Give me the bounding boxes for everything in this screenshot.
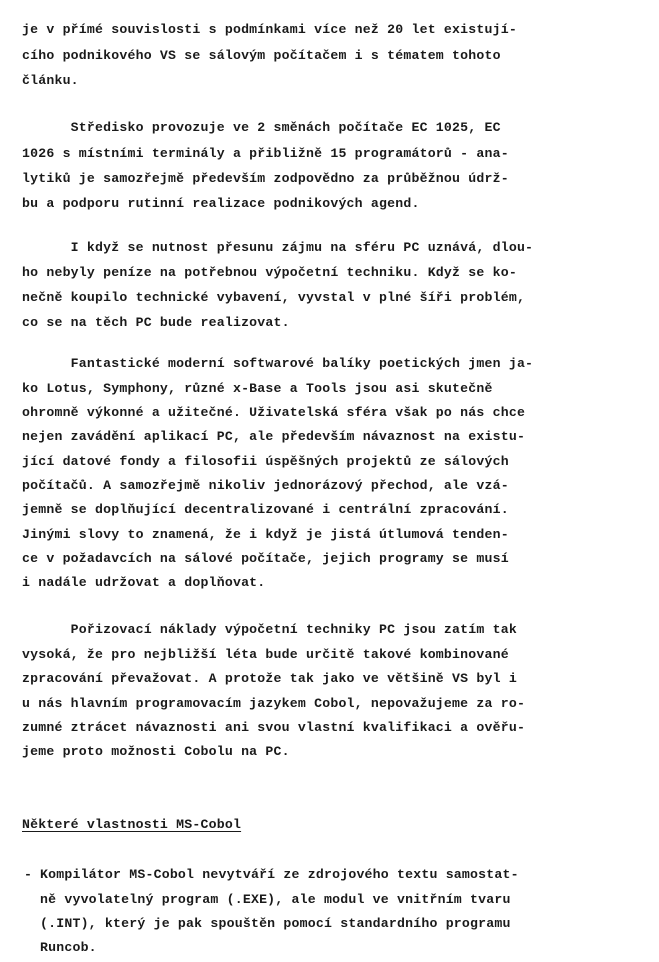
text-line: I když se nutnost přesunu zájmu na sféru… [22, 239, 533, 257]
text-line: u nás hlavním programovacím jazykem Cobo… [22, 695, 525, 713]
bullet-line: Runcob. [40, 939, 97, 957]
section-heading: Některé vlastnosti MS-Cobol [22, 816, 241, 834]
text-line: ko Lotus, Symphony, různé x-Base a Tools… [22, 380, 493, 398]
bullet-marker: - [24, 866, 32, 884]
text-line: jící datové fondy a filosofii úspěšných … [22, 453, 509, 471]
text-line: bu a podporu rutinní realizace podnikový… [22, 195, 420, 213]
text-line: Pořizovací náklady výpočetní techniky PC… [22, 621, 517, 639]
text-line: zumné ztrácet návaznosti ani svou vlastn… [22, 719, 525, 737]
text-line: vysoká, že pro nejbližší léta bude určit… [22, 646, 509, 664]
text-line: je v přímé souvislosti s podmínkami více… [22, 21, 517, 39]
bullet-line: ně vyvolatelný program (.EXE), ale modul… [40, 891, 511, 909]
text-line: i nadále udržovat a doplňovat. [22, 574, 265, 592]
text-line: co se na těch PC bude realizovat. [22, 314, 290, 332]
text-line: Jinými slovy to znamená, že i když je ji… [22, 526, 509, 544]
text-line: ohromně výkonné a užitečné. Uživatelská … [22, 404, 525, 422]
bullet-line: (.INT), který je pak spouštěn pomocí sta… [40, 915, 511, 933]
bullet-line: Kompilátor MS-Cobol nevytváří ze zdrojov… [40, 866, 519, 884]
text-line: ce v požadavcích na sálové počítače, jej… [22, 550, 509, 568]
text-line: jeme proto možnosti Cobolu na PC. [22, 743, 290, 761]
text-line: článku. [22, 72, 79, 90]
text-line: Fantastické moderní softwarové balíky po… [22, 355, 533, 373]
text-line: počítačů. A samozřejmě nikoliv jednorázo… [22, 477, 509, 495]
text-line: ho nebyly peníze na potřebnou výpočetní … [22, 264, 517, 282]
text-line: lytiků je samozřejmě především zodpovědn… [22, 170, 509, 188]
text-line: nečně koupilo technické vybavení, vyvsta… [22, 289, 525, 307]
text-line: 1026 s místními terminály a přibližně 15… [22, 145, 509, 163]
text-line: jemně se doplňující decentralizované i c… [22, 501, 509, 519]
text-line: zpracování převažovat. A protože tak jak… [22, 670, 517, 688]
typewritten-page: je v přímé souvislosti s podmínkami více… [0, 0, 659, 962]
text-line: nejen zavádění aplikací PC, ale předevší… [22, 428, 525, 446]
text-line: cího podnikového VS se sálovým počítačem… [22, 47, 501, 65]
text-line: Středisko provozuje ve 2 směnách počítač… [22, 119, 501, 137]
